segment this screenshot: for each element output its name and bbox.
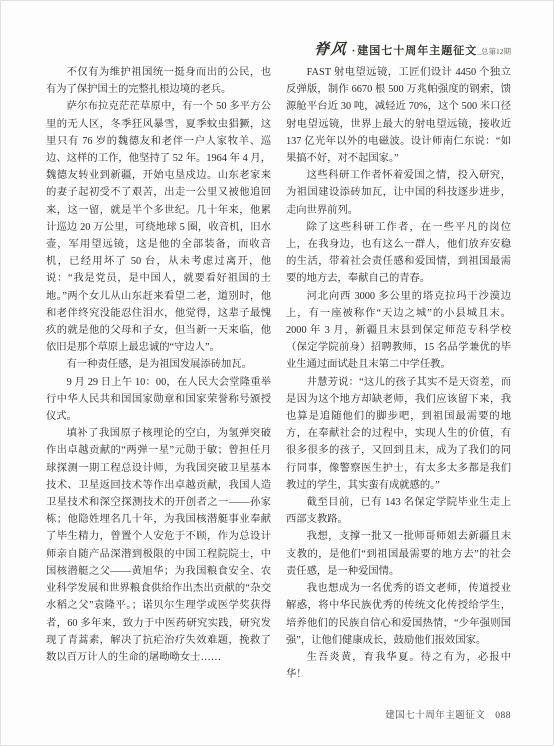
left-column: 不仅有为维护祖国统一挺身而出的公民，也有为了保护国土的完整扎根边境的老兵。萨尔布…	[46, 64, 271, 687]
magazine-logo: 脊风	[312, 38, 348, 59]
paragraph: 截至目前，已有 143 名保定学院毕业生走上西部支教路。	[286, 494, 511, 528]
paragraph: 有一种责任感，是为祖国发展添砖加瓦。	[46, 356, 271, 373]
paragraph: 填补了我国原子核理论的空白，为氢弹突破作出卓越贡献的“两弹一星”元勋于敏；曾担任…	[46, 425, 271, 666]
page-footer: 建国七十周年主题征文088	[385, 707, 511, 721]
paragraph: 不仅有为维护祖国统一挺身而出的公民，也有为了保护国土的完整扎根边境的老兵。	[46, 64, 271, 98]
header-title: 建国七十周年主题征文	[357, 45, 477, 57]
paragraph: 我也想成为一名优秀的语文老师，传道授业解惑，将中华民族优秀的传统文化传授给学生，…	[286, 580, 511, 649]
header-issue-number: _总第12期	[477, 47, 511, 56]
paragraph: 井慧芳说：“这儿的孩子其实不是天资差，而是因为这个地方却缺老师，我们应该留下来，…	[286, 374, 511, 494]
page-header: 脊风·建国七十周年主题征文_总第12期	[46, 38, 511, 59]
paragraph: 我想，支撑一批又一批师哥师姐去新疆且末支教的，是他们“到祖国最需要的地方去”的社…	[286, 528, 511, 580]
article-body: 不仅有为维护祖国统一挺身而出的公民，也有为了保护国土的完整扎根边境的老兵。萨尔布…	[46, 64, 511, 687]
paragraph: 生吾炎黄，育我华夏。待之有为，必报中华！	[286, 649, 511, 683]
magazine-page: 脊风·建国七十周年主题征文_总第12期 不仅有为维护祖国统一挺身而出的公民，也有…	[0, 0, 554, 746]
footer-label: 建国七十周年主题征文	[385, 711, 485, 721]
paragraph: 萨尔布拉克茫茫草原中，有一个 50 多平方公里的无人区，冬季狂风暴雪，夏季蚊虫猖…	[46, 98, 271, 356]
paragraph: 9 月 29 日上午 10：00，在人民大会堂隆重举行中华人民共和国国家勋章和国…	[46, 374, 271, 426]
header-separator: ·	[352, 45, 356, 57]
paragraph: 除了这些科研工作者，在一些平凡的岗位上，在我身边，也有这么一群人，他们放弃安稳的…	[286, 219, 511, 288]
paragraph: 河北向西 3000 多公里的塔克拉玛干沙漠边上，有一座被称作“天边之城”的小县城…	[286, 288, 511, 374]
page-number: 088	[495, 711, 511, 721]
paragraph: 这些科研工作者怀着爱国之情，投入研究，为祖国建设添砖加瓦，让中国的科技逐步进步，…	[286, 167, 511, 219]
right-column: FAST 射电望远镜，工匠们设计 4450 个独立反弹版，制作 6670 根 5…	[286, 64, 511, 687]
paragraph: FAST 射电望远镜，工匠们设计 4450 个独立反弹版，制作 6670 根 5…	[286, 64, 511, 167]
